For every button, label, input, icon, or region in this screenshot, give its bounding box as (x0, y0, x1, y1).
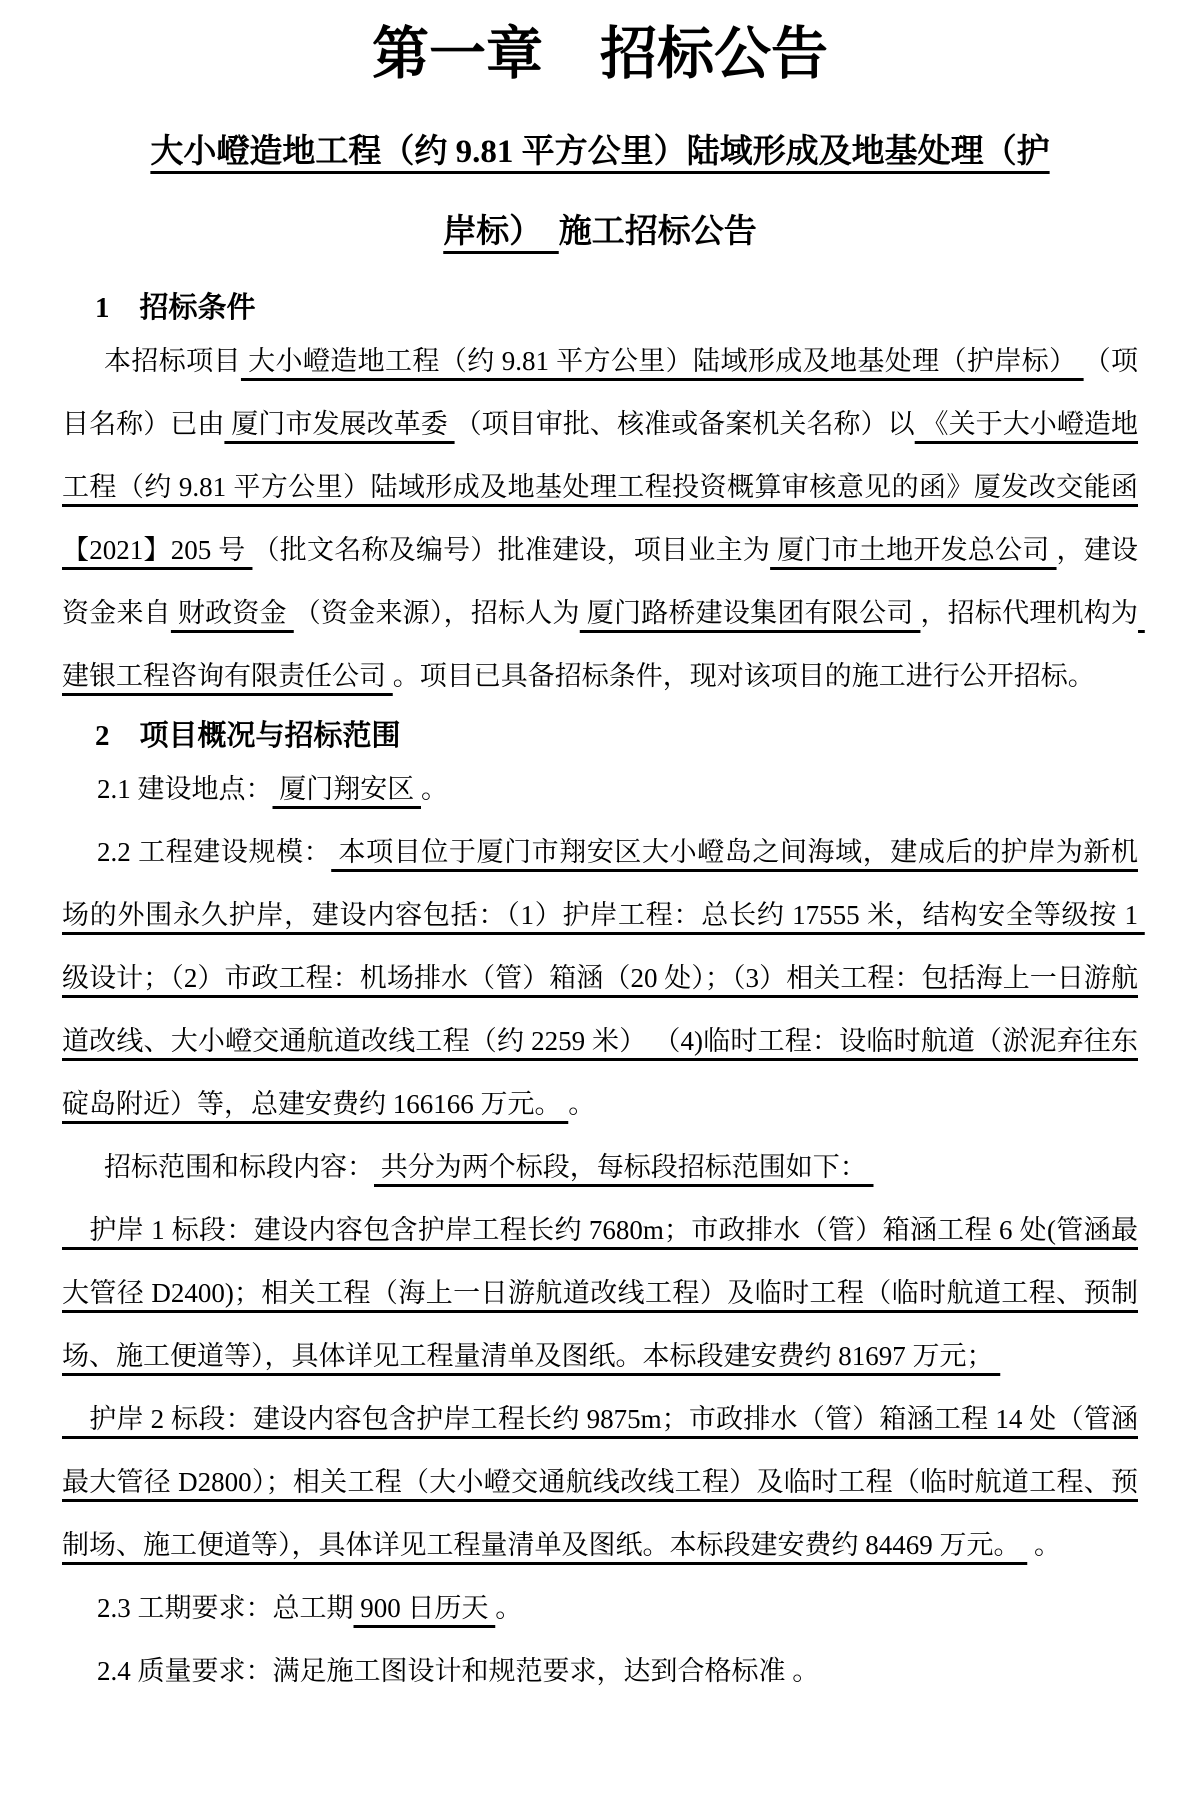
section-2-number: 2 (95, 720, 110, 752)
filled-blank-underlined: 共分为两个标段，每标段招标范围如下： (374, 1152, 874, 1182)
filled-blank-underlined: 大小嶝造地工程（约 9.81 平方公里）陆域形成及地基处理（护岸标） (241, 346, 1084, 376)
filled-blank-underlined: 本项目位于厦门市翔安区大小嶝岛之间海域，建成后的护岸为新机场的外围永久护岸，建设… (62, 837, 1145, 1119)
paragraph-text: 2.1 建设地点： (97, 774, 273, 804)
filled-blank-underlined: 厦门翔安区 (273, 774, 422, 804)
bidding-scope-intro: 招标范围和标段内容： 共分为两个标段，每标段招标范围如下： (62, 1136, 1138, 1199)
quality-requirement-item: 2.4 质量要求：满足施工图设计和规范要求，达到合格标准 。 (62, 1640, 1138, 1703)
filled-blank-underlined: 900 日历天 (354, 1593, 496, 1623)
filled-blank-underlined: 护岸 1 标段：建设内容包含护岸工程长约 7680m；市政排水（管）箱涵工程 6… (62, 1215, 1138, 1371)
filled-blank-underlined: 厦门路桥建设集团有限公司 (580, 598, 921, 628)
construction-site-item: 2.1 建设地点： 厦门翔安区 。 (62, 758, 1138, 821)
paragraph-text: 2.3 工期要求：总工期 (97, 1593, 354, 1623)
paragraph-text: 。 (421, 774, 448, 804)
filled-blank-underlined: 厦门市土地开发总公司 (770, 535, 1056, 565)
project-scale-item: 2.2 工程建设规模： 本项目位于厦门市翔安区大小嶝岛之间海域，建成后的护岸为新… (62, 821, 1138, 1136)
section-1-number: 1 (95, 292, 110, 324)
paragraph-text: （资金来源），招标人为 (294, 598, 580, 628)
paragraph-text: 。项目已具备招标条件，现对该项目的施工进行公开招标。 (393, 661, 1095, 691)
document-title-line-1: 大小嶝造地工程（约 9.81 平方公里）陆域形成及地基处理（护 (62, 112, 1138, 192)
paragraph-text: ，招标代理机构为 (920, 598, 1138, 628)
bid-section-2-paragraph: 护岸 2 标段：建设内容包含护岸工程长约 9875m；市政排水（管）箱涵工程 1… (62, 1388, 1138, 1577)
section-1-heading: 1招标条件 (95, 286, 1138, 330)
paragraph-text: （批文名称及编号）批准建设，项目业主为 (252, 535, 770, 565)
filled-blank-underlined: 护岸 2 标段：建设内容包含护岸工程长约 9875m；市政排水（管）箱涵工程 1… (62, 1404, 1138, 1560)
document-title-line-2: 岸标） 施工招标公告 (62, 192, 1138, 272)
paragraph-text: 招标范围和标段内容： (104, 1152, 374, 1182)
section-1-label: 招标条件 (140, 292, 256, 324)
construction-period-item: 2.3 工期要求：总工期 900 日历天 。 (62, 1577, 1138, 1640)
tender-announcement-page: 第一章 招标公告 大小嶝造地工程（约 9.81 平方公里）陆域形成及地基处理（护… (0, 0, 1200, 1703)
paragraph-text: 本招标项目 (104, 346, 241, 376)
paragraph-text: （项目审批、核准或备案机关名称）以 (455, 409, 915, 439)
tender-conditions-paragraph: 本招标项目 大小嶝造地工程（约 9.81 平方公里）陆域形成及地基处理（护岸标）… (62, 330, 1138, 708)
filled-blank-underlined: 厦门市发展改革委 (224, 409, 454, 439)
paragraph-text: 。 (568, 1089, 595, 1119)
paragraph-text: 。 (1027, 1530, 1061, 1560)
chapter-title: 第一章 招标公告 (62, 16, 1138, 94)
document-title: 大小嶝造地工程（约 9.81 平方公里）陆域形成及地基处理（护 岸标） 施工招标… (62, 112, 1138, 272)
section-2-heading: 2项目概况与招标范围 (95, 714, 1138, 758)
paragraph-text: 。 (495, 1593, 522, 1623)
filled-blank-underlined: 财政资金 (171, 598, 294, 628)
bid-section-1-paragraph: 护岸 1 标段：建设内容包含护岸工程长约 7680m；市政排水（管）箱涵工程 6… (62, 1199, 1138, 1388)
paragraph-text: 2.4 质量要求：满足施工图设计和规范要求，达到合格标准 。 (97, 1656, 819, 1686)
section-2-label: 项目概况与招标范围 (140, 720, 401, 752)
paragraph-text: 2.2 工程建设规模： (97, 837, 331, 867)
